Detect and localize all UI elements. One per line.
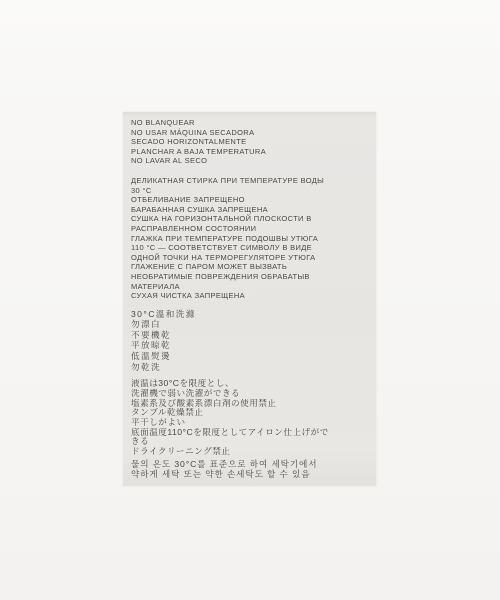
care-instructions-ko: 물의 온도 30°C를 표준으로 하여 세탁기에서약하게 세탁 또는 약한 손세… bbox=[131, 459, 376, 479]
care-line: 110 °C — СООТВЕТСТВУЕТ СИМВОЛУ В ВИДЕ bbox=[131, 243, 376, 253]
care-line: 勿乾洗 bbox=[131, 362, 376, 373]
care-line: 平干しがよい bbox=[131, 418, 376, 428]
care-line: NO BLANQUEAR bbox=[131, 118, 376, 128]
care-line: 底面温度110°Cを限度としてアイロン仕上げがで bbox=[131, 428, 376, 438]
care-line: ОДНОЙ ТОЧКИ НА ТЕРМОРЕГУЛЯТОРЕ УТЮГА bbox=[131, 253, 376, 263]
care-line: SECADO HORIZONTALMENTE bbox=[131, 137, 376, 147]
care-line: 低溫熨燙 bbox=[131, 351, 376, 362]
care-line: 30 °C bbox=[131, 186, 376, 196]
care-line: БАРАБАННАЯ СУШКА ЗАПРЕЩЕНА bbox=[131, 205, 376, 215]
care-line: РАСПРАВЛЕННОМ СОСТОЯНИИ bbox=[131, 224, 376, 234]
care-line: СУХАЯ ЧИСТКА ЗАПРЕЩЕНА bbox=[131, 291, 376, 301]
care-instructions-ru: ДЕЛИКАТНАЯ СТИРКА ПРИ ТЕМПЕРАТУРЕ ВОДЫ30… bbox=[131, 176, 376, 301]
care-instructions-zh: 30°C溫和洗滌勿漂白不要機乾平放晾乾低溫熨燙勿乾洗 bbox=[131, 309, 376, 373]
care-line: ГЛАЖКА ПРИ ТЕМПЕРАТУРЕ ПОДОШВЫ УТЮГА bbox=[131, 234, 376, 244]
care-line: 平放晾乾 bbox=[131, 340, 376, 351]
care-line: 물의 온도 30°C를 표준으로 하여 세탁기에서 bbox=[131, 459, 376, 469]
care-line: 不要機乾 bbox=[131, 330, 376, 341]
care-line: 30°C溫和洗滌 bbox=[131, 309, 376, 320]
care-line: СУШКА НА ГОРИЗОНТАЛЬНОЙ ПЛОСКОСТИ В bbox=[131, 214, 376, 224]
care-line: 약하게 세탁 또는 약한 손세탁도 할 수 있음 bbox=[131, 469, 376, 479]
care-line: きる bbox=[131, 437, 376, 447]
care-instructions-es: NO BLANQUEARNO USAR MÁQUINA SECADORASECA… bbox=[131, 118, 376, 166]
care-line: ОТБЕЛИВАНИЕ ЗАПРЕЩЕНО bbox=[131, 195, 376, 205]
care-instructions-ja: 液温は30°Cを限度とし、洗濯機で弱い洗濯ができる塩素系及び酸素系漂白剤の使用禁… bbox=[131, 379, 376, 457]
care-line: 勿漂白 bbox=[131, 319, 376, 330]
care-label: NO BLANQUEARNO USAR MÁQUINA SECADORASECA… bbox=[123, 112, 376, 486]
care-line: NO LAVAR AL SECO bbox=[131, 156, 376, 166]
care-line: ДЕЛИКАТНАЯ СТИРКА ПРИ ТЕМПЕРАТУРЕ ВОДЫ bbox=[131, 176, 376, 186]
care-line: 塩素系及び酸素系漂白剤の使用禁止 bbox=[131, 399, 376, 409]
photo-background: NO BLANQUEARNO USAR MÁQUINA SECADORASECA… bbox=[0, 0, 500, 600]
care-line: PLANCHAR A BAJA TEMPERATURA bbox=[131, 147, 376, 157]
care-line: МАТЕРИАЛА bbox=[131, 282, 376, 292]
care-line: NO USAR MÁQUINA SECADORA bbox=[131, 128, 376, 138]
care-line: 洗濯機で弱い洗濯ができる bbox=[131, 389, 376, 399]
care-line: 液温は30°Cを限度とし、 bbox=[131, 379, 376, 389]
care-line: タンブル乾燥禁止 bbox=[131, 408, 376, 418]
care-line: ドライクリーニング禁止 bbox=[131, 447, 376, 457]
care-line: НЕОБРАТИМЫЕ ПОВРЕЖДЕНИЯ ОБРАБАТЫВ bbox=[131, 272, 376, 282]
care-line: ГЛАЖЕНИЕ С ПАРОМ МОЖЕТ ВЫЗВАТЬ bbox=[131, 262, 376, 272]
